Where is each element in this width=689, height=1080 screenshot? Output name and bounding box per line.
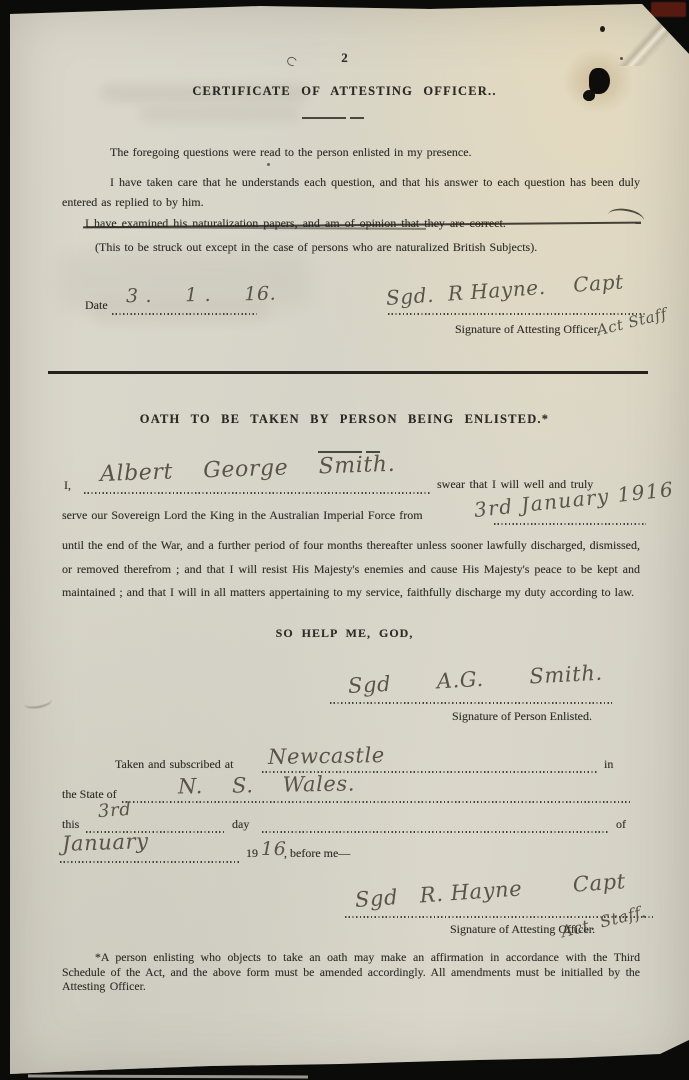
month-value: January bbox=[62, 829, 149, 856]
ink-speck bbox=[267, 163, 270, 166]
date-label: Date bbox=[85, 298, 108, 313]
section-divider bbox=[48, 371, 648, 374]
attesting-signature2-label: Signature of Attesting Officer. bbox=[450, 922, 595, 937]
certificate-paragraph-1: The foregoing questions were read to the… bbox=[62, 142, 640, 162]
bottom-paper-sliver bbox=[28, 1075, 308, 1079]
oath-line2-text: serve our Sovereign Lord the King in the… bbox=[62, 508, 423, 523]
place-value: Newcastle bbox=[268, 743, 385, 769]
enlistee-signature-line bbox=[330, 702, 612, 704]
date-handwritten-value: 3 . 1 . 16. bbox=[126, 283, 277, 308]
state-dotted-line bbox=[122, 801, 632, 803]
scanned-document: { "page": { "number": "2" }, "certificat… bbox=[0, 0, 689, 1080]
from-dotted-line bbox=[494, 523, 646, 525]
so-help-me-god: SO HELP ME, GOD, bbox=[0, 626, 689, 641]
day-label: day bbox=[232, 817, 249, 832]
month-dotted-line bbox=[60, 861, 240, 863]
of-label: of bbox=[616, 817, 626, 832]
attesting-signature-line bbox=[388, 313, 646, 315]
day-dotted-line bbox=[262, 831, 610, 833]
date-dotted-line bbox=[112, 313, 257, 315]
year-printed: 19 bbox=[246, 846, 258, 861]
this-label: this bbox=[62, 817, 79, 832]
enlistee-name-value: Albert George Smith. bbox=[100, 452, 396, 487]
day-value: 3rd bbox=[97, 799, 132, 822]
oath-i-label: I, bbox=[64, 478, 71, 493]
title-rule-dash bbox=[350, 117, 364, 119]
pencil-scribble bbox=[23, 694, 53, 711]
ink-speck bbox=[600, 26, 605, 32]
taken-label: Taken and subscribed at bbox=[115, 757, 233, 772]
certificate-paragraph-2: I have taken care that he understands ea… bbox=[62, 172, 640, 212]
title-rule bbox=[302, 117, 346, 119]
enlistee-signature-value: Sgd A.G. Smith. bbox=[347, 661, 603, 698]
struck-note: (This to be struck out except in the cas… bbox=[95, 240, 537, 255]
state-value: N. S. Wales. bbox=[178, 771, 356, 798]
document-page: 2 CERTIFICATE OF ATTESTING OFFICER.. The… bbox=[10, 4, 689, 1076]
attesting-signature-rank: Act Staff bbox=[595, 305, 669, 340]
bleedthrough-smudge bbox=[140, 106, 300, 122]
attesting-signature-label: Signature of Attesting Officer. bbox=[455, 322, 600, 337]
attesting-signature2-value: Sgd R. Hayne Capt bbox=[354, 869, 626, 912]
in-label: in bbox=[604, 757, 613, 772]
attesting-signature-value: Sgd. R Hayne. Capt bbox=[385, 269, 624, 310]
enlistee-signature-label: Signature of Person Enlisted. bbox=[452, 709, 592, 724]
name-dotted-line bbox=[84, 492, 432, 494]
year-value: 16 bbox=[261, 838, 286, 860]
certificate-title: CERTIFICATE OF ATTESTING OFFICER.. bbox=[0, 84, 689, 99]
footnote: *A person enlisting who objects to take … bbox=[62, 950, 640, 994]
oath-body: until the end of the War, and a further … bbox=[62, 534, 640, 605]
page-number: 2 bbox=[0, 50, 689, 66]
red-corner-mark bbox=[651, 2, 686, 17]
oath-title: OATH TO BE TAKEN BY PERSON BEING ENLISTE… bbox=[0, 412, 689, 427]
before-me-label: , before me— bbox=[284, 846, 350, 861]
